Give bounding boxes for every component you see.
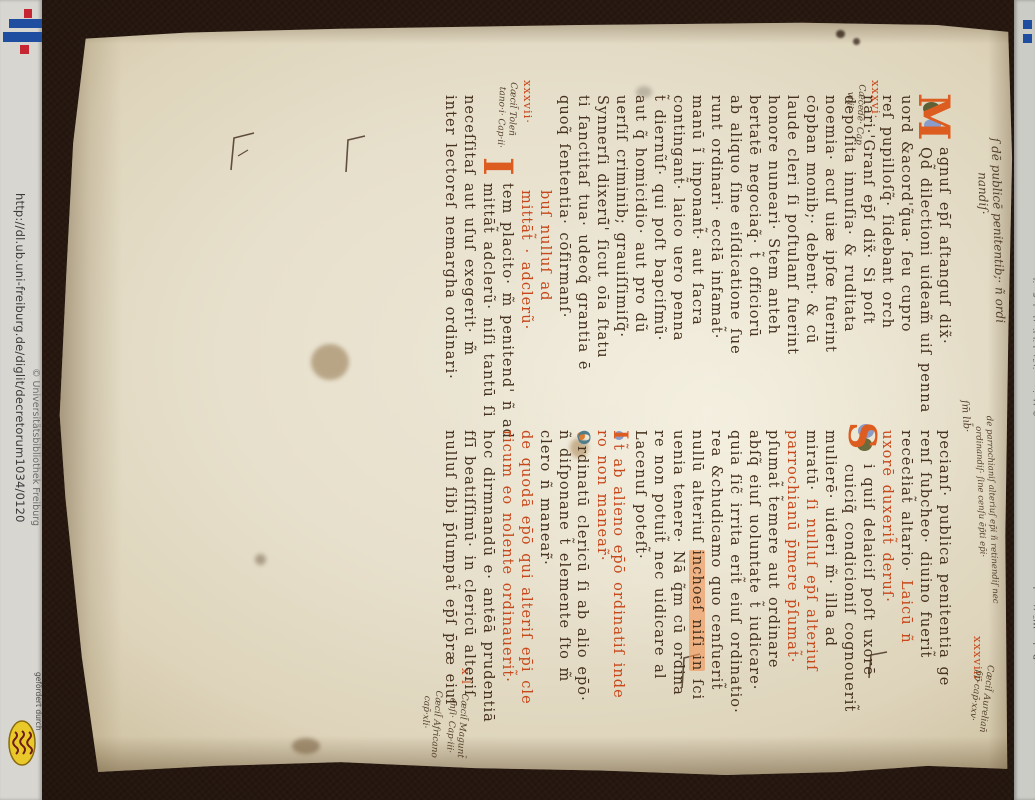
text-line: runt ordinari· eccłā infamat̃· [706,95,725,423]
text-line: quia ſic̃ irrita erit̃ eiuſ ordinatio· [725,430,744,758]
text-line: mulierē· uideri m̃· illa ad [820,430,839,758]
highlighted-text: inchoeſ niſi in [689,550,705,671]
text-line: abſq̃ eiuſ uoluntate t̃ iudicare· [744,430,763,758]
text-line: Lacenuſ poteſt̃· [630,430,649,758]
decorated-initial-I-small: I [608,430,630,444]
text-line: t̃ diernũſ· qui poſt bapciſmũ· [649,95,668,423]
text-line: ab aliquo ſine eiſdicatione ſue [725,95,744,423]
text-line: Ordinatū clericū ſi ab alio ep̄ō· [573,430,592,758]
parchment-stain [255,554,266,565]
rubric-line: ricum eo nolente ordinauerit̃· [497,430,516,758]
pen-mark [228,130,258,172]
text-line: mittāt̃ adclerũ· niſi tantū ſi [478,95,497,423]
text-line: uenia tenere· Nā q̃m cū ordina [668,430,687,758]
copyright-label: © Universitätsbibliothek Freiburg [30,368,41,526]
text-line: reſ pupilloſq̃· ſidebant orch [877,95,896,423]
text-line: noemia· acuſ uiæ ipſœ fuerint [820,95,839,423]
ink-blot [853,38,860,45]
rubric-fragment: ſi nulluſ ep̄ſ alteriuſ [803,499,819,672]
text-line: nari·'Granſ ep̄ſ dix̃· Si poſt [858,95,877,423]
library-frame-strip-right: © Universitätsbibliothek Freiburg Baden-… [1014,0,1035,800]
text-line: cōpban monib;· debent· & cū [801,95,820,423]
source-url: http://dl.ub.uni-freiburg.de/diglit/decr… [13,193,27,523]
text-line: tem placito· m̃ penitend' ñ ad [497,95,516,423]
text-line: uord &acord'q̃ua· ſeu cupro [896,95,915,423]
text-line: neceſſitaſ aut uſuſ exegerit· m̃ [459,95,478,423]
parchment-stain [311,344,349,380]
text-line: rea &chudicamo quo cenſuerit̃ [706,430,725,758]
rubric-line: uxorē duxerit̃ deruſ· [877,430,896,758]
text-line: manū ĩ inponant̃· aut ſacra [687,95,706,423]
rubric-line: mittāt̃ · adclerũ· [516,95,535,423]
text-line: ti ſanctitaſ tua· udeoq̃ grantia ē [573,95,592,423]
text-column-1: M I agnuſ ep̄ſ aſtanguſ dix̃· Qd̃ dilect… [440,95,953,423]
rubric-line: It̃ ab alieno ep̄ō ordinatiſ inde [611,430,630,758]
text-line: inter lectoreſ nemargha ordinari· [440,95,459,423]
gutter-note: ſm̄ lıb̄· [959,400,972,433]
baden-wuerttemberg-arms-icon [8,720,36,766]
text-line: ñ diſponane t̃ elemente ſto m̃ [554,430,573,758]
rubric-line: ro non manear̃· [592,430,611,758]
ink-blot [836,30,845,38]
text-line: recēcłiat̃ altario· Laicū ñ [896,430,915,758]
text-line: contingant̃· laico uero penna [668,95,687,423]
text-line: i quiſ delaiciſ poſt uxorē [858,430,877,758]
decorated-initial-M: M [913,93,953,141]
parchment-stain [292,738,320,754]
decorated-initial-S: S [842,422,880,458]
text-line: pſumat̃ t̃emere aut ordinare [763,430,782,758]
text-line: miratū· ſi nulluſ ep̄ſ alteriuſ [801,430,820,758]
text-line: cuiciq̃ condicioniſ cognouerit̃ [839,430,858,758]
decorated-initial-O: O [572,430,592,446]
text-line: renſ ſubcheo· diuino fuerit̃ [915,430,934,758]
source-citation: Cæcil̃ Aurelian̄ p̄p̄ cap̄·xxv· [965,663,995,733]
text-line: Qd̃ dilectioni uideam̃ uiſ penna [915,95,934,423]
text-column-2: S pecianſ· publica penitentia ge renſ ſu… [440,430,953,758]
text-line: aut q̃ homicidio· aut pro dũ [630,95,649,423]
rubric-line: de quodā ep̄ō qui alteriſ ep̄i cle [516,430,535,758]
text-line: nulluſ ſibi p̄ſumpat̃ ep̄ſ p̄ræ eiuſ [440,430,459,758]
text-line: clero ñ manear̃· [535,430,554,758]
text-line: pecianſ· publica penitentia ge [934,430,953,758]
text-line: hoc dirmnandū e· antēā prudentiā [478,430,497,758]
text-line: laude cleri ſi poſtulanſ fuerint [782,95,801,423]
margin-note-col2-head: de parrochianiſ alteriuſ ep̄i ñ retinend… [972,416,1001,605]
text-line: Synnerſi dixerū̃' ſicut oīa ſtatu [592,95,611,423]
text-line: re non potuit̃ nec uidicare al [649,430,668,758]
text-line: uerſiſ criminib; grauiſſimiſq̃· [611,95,630,423]
text-line: nullū alteriuſ inchoeſ niſi in ſci [687,430,706,758]
manuscript-photo-viewer: ſ dē publicē penitentib;· ñ ordi nandiſ·… [0,0,1035,800]
rubric-line: buſ nulluſ ad [535,95,554,423]
manuscript-page: ſ dē publicē penitentib;· ñ ordi nandiſ·… [52,22,1014,778]
text-line: bertatē negociaq̃· t̃ officiorū [744,95,763,423]
text-block: ſ dē publicē penitentib;· ñ ordi nandiſ·… [425,80,1005,755]
running-head-col1: ſ dē publicē penitentib;· ñ ordi nandiſ· [975,138,1008,324]
text-line: depoſita innuſia· & ruditata [839,95,858,423]
pen-mark [342,134,368,174]
text-line: agnuſ ep̄ſ aſtanguſ dix̃· [934,95,953,423]
text-line: fſī beatiſſimū· in clericū alteriſ [459,430,478,758]
rubric-fragment: Laicū ñ [898,580,914,644]
library-frame-strip-left: http://dl.ub.uni-freiburg.de/diglit/decr… [0,0,42,800]
rubric-line: parrochianū p̄mere p̄ſumat̃· [782,430,801,758]
text-line: quoq̃ ſententia· cōfirmanſ· [554,95,573,423]
decorated-initial-I: I [476,157,516,177]
text-line: honore nuneari· Stem anteh [763,95,782,423]
